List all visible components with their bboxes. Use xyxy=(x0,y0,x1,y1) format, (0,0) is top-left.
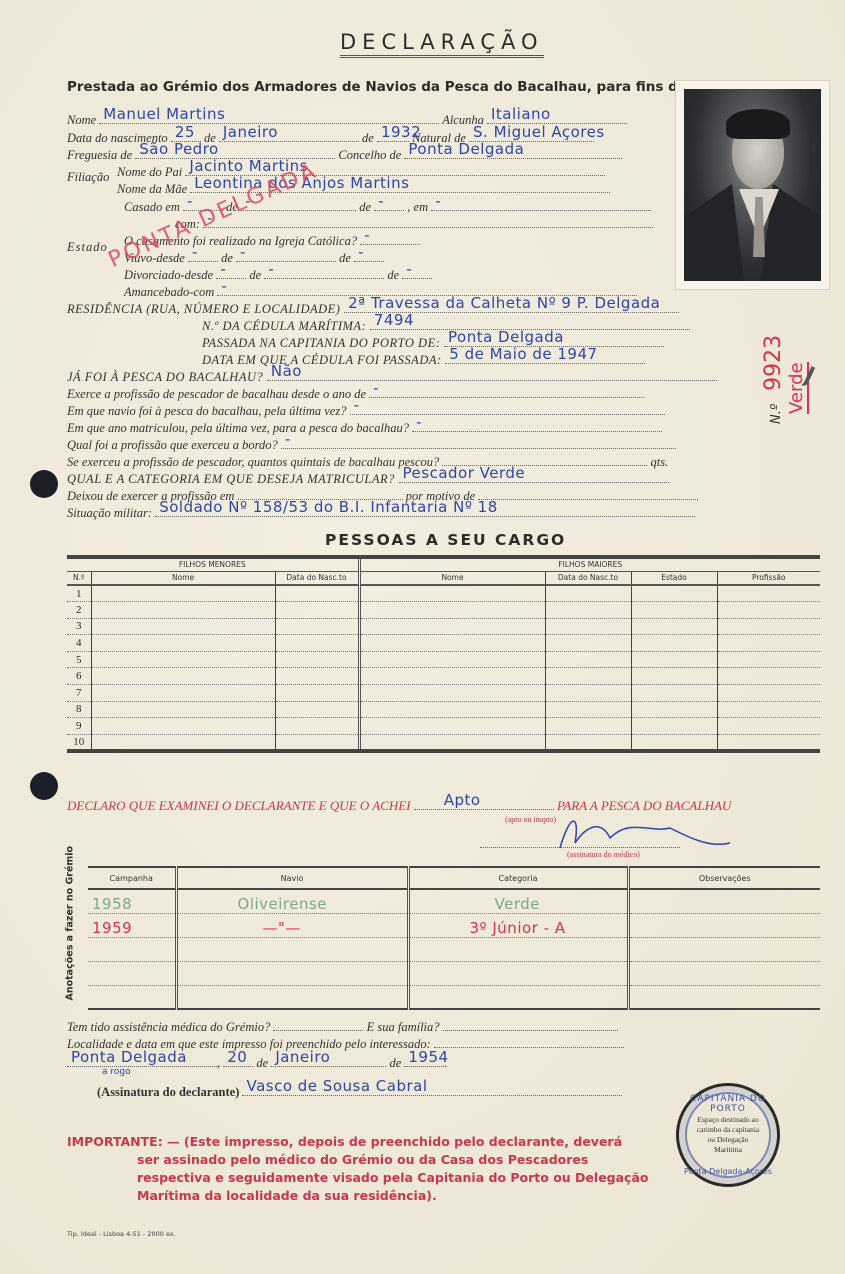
ano-matricula-input[interactable]: - xyxy=(412,418,662,432)
field-data-cedula: DATA EM QUE A CÉDULA FOI PASSADA: 5 de M… xyxy=(202,350,645,368)
col-nasc-maior: Data do Nasc.to xyxy=(545,571,631,585)
table-row: 6 xyxy=(67,668,820,685)
document-subtitle: Prestada ao Grémio dos Armadores de Navi… xyxy=(67,79,687,95)
document-title: DECLARAÇÃO xyxy=(340,30,544,58)
com-input[interactable]: - xyxy=(203,214,653,228)
table-row: 5 xyxy=(67,651,820,668)
assistencia-input[interactable] xyxy=(273,1017,363,1031)
annotations-table: Campanha Navio Categoria Observações 195… xyxy=(88,866,820,1010)
militar-input[interactable]: Soldado Nº 158/53 do B.I. Infantaria Nº … xyxy=(155,503,695,517)
col-nome-maior: Nome xyxy=(359,571,545,585)
field-freguesia: Freguesia de São Pedro Concelho de Ponta… xyxy=(67,145,622,163)
assinatura-input[interactable]: Vasco de Sousa Cabral xyxy=(242,1082,622,1096)
document-page: DECLARAÇÃO Prestada ao Grémio dos Armado… xyxy=(0,0,845,1274)
id-photo xyxy=(675,80,830,290)
col-profissao: Profissão xyxy=(717,571,820,585)
field-ja-foi: JÁ FOI À PESCA DO BACALHAU? Não xyxy=(67,367,717,385)
nascimento-ano-input[interactable]: 1932 xyxy=(377,128,409,142)
annotations-side-label: Anotações a fazer no Grémio xyxy=(60,870,80,1005)
field-assinatura: (Assinatura do declarante) Vasco de Sous… xyxy=(97,1082,622,1100)
viuvo-dia-input[interactable]: - xyxy=(188,248,218,262)
capitania-stamp-area[interactable]: CAPITANIA DO PORTO Espaço destinado ao c… xyxy=(676,1083,780,1187)
table-row xyxy=(88,961,820,985)
registration-number: N.º 9923 Verde xyxy=(761,302,807,424)
viuvo-mes-input[interactable]: - xyxy=(236,248,336,262)
familia-input[interactable] xyxy=(443,1017,618,1031)
col-nome-menor: Nome xyxy=(91,571,275,585)
col-numero: N.º xyxy=(67,571,91,585)
field-com: com: - xyxy=(175,214,653,232)
field-divorciado: Divorciado-desde - de - de - xyxy=(124,265,432,283)
nome-input[interactable]: Manuel Martins xyxy=(99,110,439,124)
dependents-table: FILHOS MENORES FILHOS MAIORES N.º Nome D… xyxy=(67,555,820,753)
nascimento-mes-input[interactable]: Janeiro xyxy=(219,128,359,142)
important-notice: IMPORTANTE: — (Este impresso, depois de … xyxy=(67,1133,657,1205)
field-categoria: QUAL E A CATEGORIA EM QUE DESEJA MATRICU… xyxy=(67,469,669,487)
viuvo-ano-input[interactable]: - xyxy=(354,248,384,262)
table-row xyxy=(88,937,820,961)
table-row: 9 xyxy=(67,718,820,735)
col-observacoes: Observações xyxy=(628,867,820,889)
table-row: 1959 —"— 3º Júnior - A xyxy=(88,913,820,937)
col-campanha: Campanha xyxy=(88,867,176,889)
field-assistencia: Tem tido assistência médica do Grémio? E… xyxy=(67,1017,618,1035)
navio-input[interactable]: - xyxy=(350,401,665,415)
alcunha-input[interactable]: Italiano xyxy=(487,110,627,124)
col-categoria: Categoria xyxy=(408,867,628,889)
table-row xyxy=(88,985,820,1009)
filiacao-label: Filiação xyxy=(67,170,109,185)
desde-input[interactable]: - xyxy=(369,384,644,398)
doctor-signature xyxy=(540,808,740,868)
profissao-bordo-input[interactable]: - xyxy=(281,435,676,449)
punch-hole xyxy=(30,772,58,800)
apto-input[interactable]: Apto xyxy=(414,796,554,810)
ano-input[interactable]: 1954 xyxy=(404,1053,444,1067)
table-row: 2 xyxy=(67,602,820,619)
categoria-input[interactable]: Pescador Verde xyxy=(399,469,669,483)
igreja-input[interactable]: - xyxy=(360,231,420,245)
divorciado-mes-input[interactable]: - xyxy=(264,265,384,279)
data-cedula-input[interactable]: 5 de Maio de 1947 xyxy=(445,350,645,364)
punch-hole xyxy=(30,470,58,498)
section-title-dependents: PESSOAS A SEU CARGO xyxy=(325,531,566,549)
portrait-image xyxy=(684,89,821,281)
table-row: 10 xyxy=(67,734,820,751)
group-header-menores: FILHOS MENORES xyxy=(67,557,359,571)
localidade-extra-input[interactable] xyxy=(434,1034,624,1048)
field-navio: Em que navio foi à pesca do bacalhau, pe… xyxy=(67,401,665,419)
motivo-input[interactable] xyxy=(478,486,698,500)
field-militar: Situação militar: Soldado Nº 158/53 do B… xyxy=(67,503,695,521)
mes-input[interactable]: Janeiro xyxy=(271,1053,386,1067)
ja-foi-input[interactable]: Não xyxy=(267,367,717,381)
rogo-note: a rogo xyxy=(102,1067,131,1077)
casado-em-input[interactable]: - xyxy=(431,197,651,211)
col-estado: Estado xyxy=(631,571,717,585)
field-quintais: Se exerceu a profissão de pescador, quan… xyxy=(67,452,668,470)
table-row: 1 xyxy=(67,585,820,602)
col-nasc-menor: Data do Nasc.to xyxy=(275,571,359,585)
casado-ano-input[interactable]: - xyxy=(374,197,404,211)
table-row: 8 xyxy=(67,701,820,718)
field-ano-matricula: Em que ano matriculou, pela última vez, … xyxy=(67,418,662,436)
table-row: 4 xyxy=(67,635,820,652)
printer-imprint: Tip. Ideal - Lisboa 4-51 - 2000 ex. xyxy=(67,1230,176,1238)
field-profissao-bordo: Qual foi a profissão que exerceu a bordo… xyxy=(67,435,676,453)
col-navio: Navio xyxy=(176,867,408,889)
table-row: 3 xyxy=(67,618,820,635)
table-row: 1958 Oliveirense Verde xyxy=(88,889,820,913)
divorciado-ano-input[interactable]: - xyxy=(402,265,432,279)
localidade-input[interactable]: Ponta Delgada xyxy=(67,1053,217,1067)
estado-label: Estado xyxy=(67,240,108,255)
dia-input[interactable]: 20 xyxy=(223,1053,253,1067)
concelho-input[interactable]: Ponta Delgada xyxy=(404,145,622,159)
field-cedula: N.º DA CÉDULA MARÍTIMA: 7494 xyxy=(202,316,690,334)
table-row: 7 xyxy=(67,685,820,702)
group-header-maiores: FILHOS MAIORES xyxy=(359,557,820,571)
